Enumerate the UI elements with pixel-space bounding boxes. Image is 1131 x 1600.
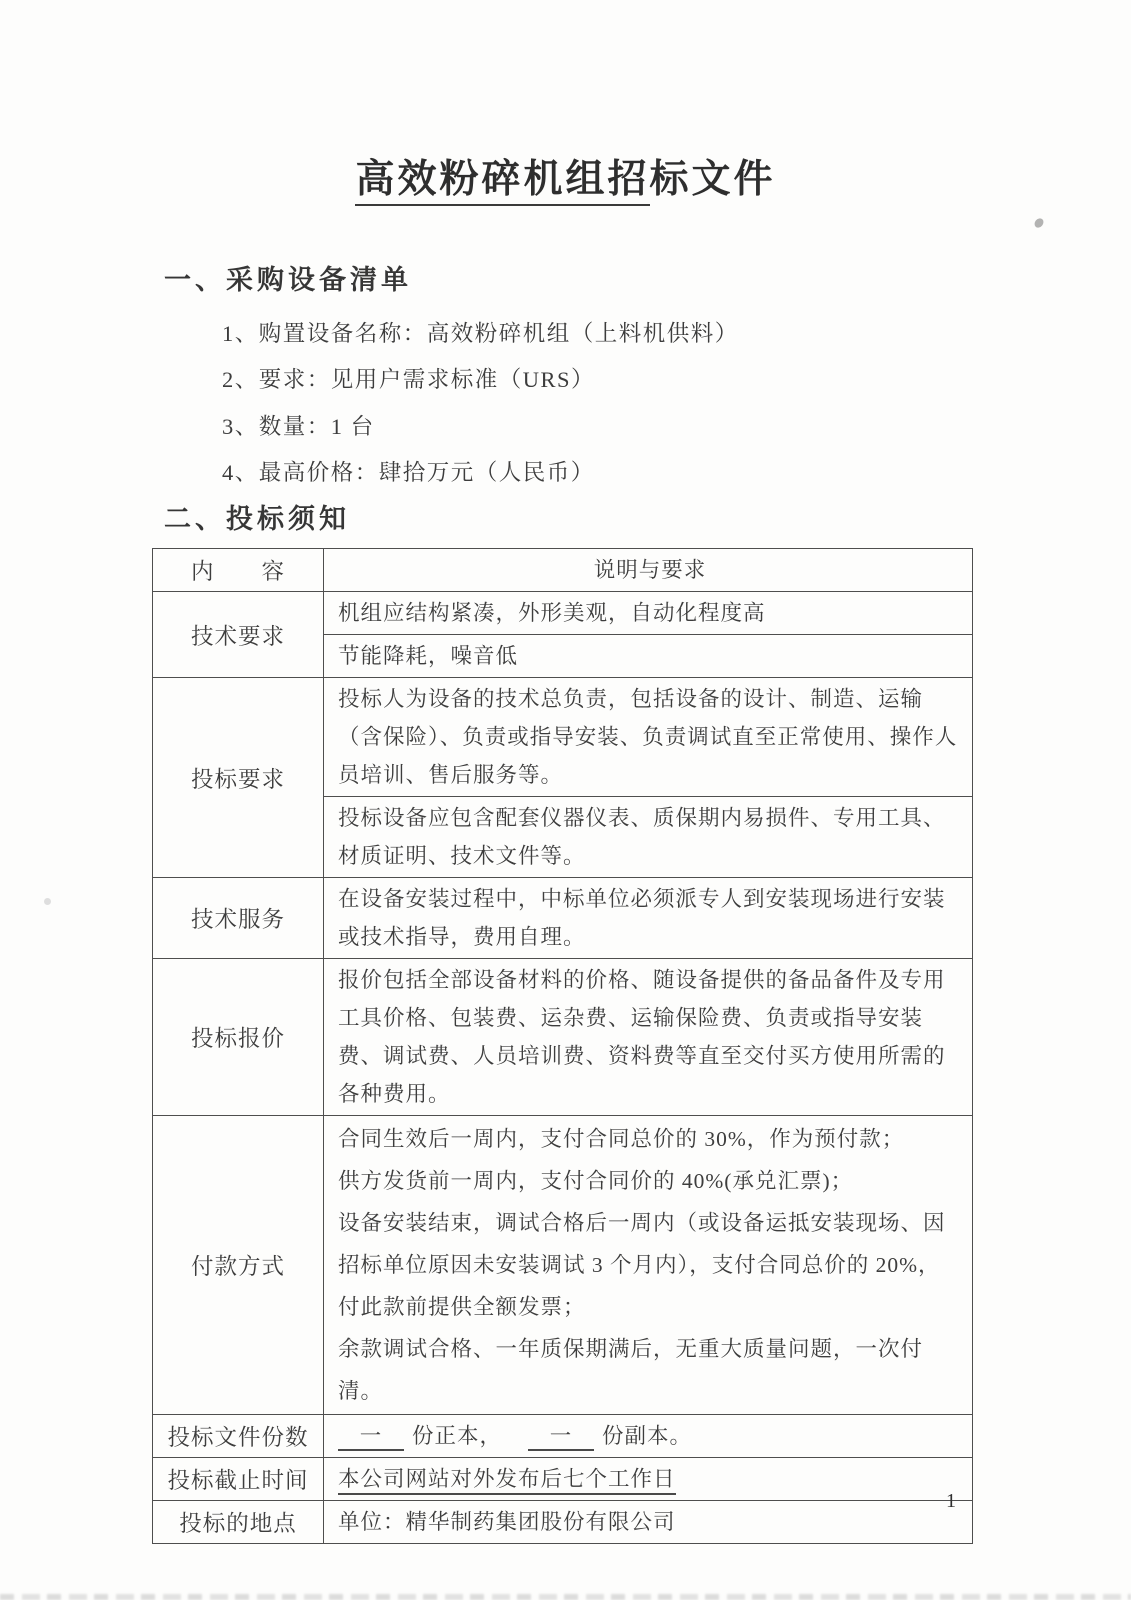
table-row-location: 投标的地点 单位：精华制药集团股份有限公司 xyxy=(153,1501,973,1544)
table-header-row: 内 容 说明与要求 xyxy=(153,549,973,592)
table-row-bid-price: 投标报价 报价包括全部设备材料的价格、随设备提供的备品备件及专用工具价格、包装费… xyxy=(153,959,973,1116)
table-row-deadline: 投标截止时间 本公司网站对外发布后七个工作日 xyxy=(153,1458,973,1501)
tech-req-label: 技术要求 xyxy=(153,592,324,678)
bid-req-para2: 投标设备应包含配套仪器仪表、质保期内易损件、专用工具、材质证明、技术文件等。 xyxy=(324,797,973,878)
copies-duplicate-text: 份副本。 xyxy=(602,1424,692,1448)
location-label: 投标的地点 xyxy=(153,1501,324,1544)
bid-req-para1: 投标人为设备的技术总负责，包括设备的设计、制造、运输（含保险）、负责或指导安装、… xyxy=(324,678,973,797)
table-row-payment: 付款方式 合同生效后一周内，支付合同总价的 30%，作为预付款； 供方发货前一周… xyxy=(153,1116,973,1415)
bid-notice-table: 内 容 说明与要求 技术要求 机组应结构紧凑，外形美观，自动化程度高 节能降耗，… xyxy=(152,548,973,1544)
tech-req-line1: 机组应结构紧凑，外形美观，自动化程度高 xyxy=(324,592,973,635)
deadline-cell: 本公司网站对外发布后七个工作日 xyxy=(324,1458,973,1501)
deadline-label: 投标截止时间 xyxy=(153,1458,324,1501)
title-underlined-text: 高效粉碎机组招 xyxy=(355,158,649,206)
payment-line2: 供方发货前一周内，支付合同价的 40%(承兑汇票)； xyxy=(338,1160,962,1202)
table-row-tech-req-1: 技术要求 机组应结构紧凑，外形美观，自动化程度高 xyxy=(153,592,973,635)
copies-blank-duplicate: 一 xyxy=(528,1423,594,1451)
title-rest-text: 标文件 xyxy=(650,158,776,201)
payment-cell: 合同生效后一周内，支付合同总价的 30%，作为预付款； 供方发货前一周内，支付合… xyxy=(324,1116,973,1415)
table-row-copies: 投标文件份数 一份正本，一份副本。 xyxy=(153,1415,973,1458)
payment-line1: 合同生效后一周内，支付合同总价的 30%，作为预付款； xyxy=(338,1118,962,1160)
scan-speck xyxy=(1033,217,1046,230)
list-item-device-name: 1、购置设备名称：高效粉碎机组（上料机供料） xyxy=(222,316,739,348)
scan-speck-left xyxy=(44,898,51,905)
header-content-cell: 内 容 xyxy=(153,549,324,592)
section1-heading: 一、采购设备清单 xyxy=(164,258,412,297)
tech-service-label: 技术服务 xyxy=(153,878,324,959)
list-item-quantity: 3、数量：1 台 xyxy=(222,409,375,441)
bid-req-label: 投标要求 xyxy=(153,678,324,878)
copies-blank-original: 一 xyxy=(338,1423,404,1451)
header-desc-cell: 说明与要求 xyxy=(324,549,973,592)
copies-cell: 一份正本，一份副本。 xyxy=(324,1415,973,1458)
page-bottom-scan-artifact xyxy=(0,1594,1131,1600)
payment-line4: 余款调试合格、一年质保期满后，无重大质量问题，一次付清。 xyxy=(338,1328,962,1412)
bid-price-label: 投标报价 xyxy=(153,959,324,1116)
payment-label: 付款方式 xyxy=(153,1116,324,1415)
table-row-bid-req-1: 投标要求 投标人为设备的技术总负责，包括设备的设计、制造、运输（含保险）、负责或… xyxy=(153,678,973,797)
tech-req-line2: 节能降耗，噪音低 xyxy=(324,635,973,678)
list-item-requirement: 2、要求：见用户需求标准（URS） xyxy=(222,362,595,394)
copies-original-text: 份正本， xyxy=(412,1424,502,1448)
list-item-max-price: 4、最高价格：肆拾万元（人民币） xyxy=(222,455,595,487)
deadline-text: 本公司网站对外发布后七个工作日 xyxy=(338,1467,676,1495)
location-text: 单位：精华制药集团股份有限公司 xyxy=(324,1501,973,1544)
table-row-tech-service: 技术服务 在设备安装过程中，中标单位必须派专人到安装现场进行安装或技术指导，费用… xyxy=(153,878,973,959)
document-title: 高效粉碎机组招标文件 xyxy=(0,148,1131,204)
page-number: 1 xyxy=(946,1490,956,1513)
copies-label: 投标文件份数 xyxy=(153,1415,324,1458)
section2-heading: 二、投标须知 xyxy=(164,497,350,536)
bid-price-text: 报价包括全部设备材料的价格、随设备提供的备品备件及专用工具价格、包装费、运杂费、… xyxy=(324,959,973,1116)
tech-service-text: 在设备安装过程中，中标单位必须派专人到安装现场进行安装或技术指导，费用自理。 xyxy=(324,878,973,959)
payment-line3: 设备安装结束，调试合格后一周内（或设备运抵安装现场、因招标单位原因未安装调试 3… xyxy=(338,1202,962,1328)
document-page: 高效粉碎机组招标文件 一、采购设备清单 1、购置设备名称：高效粉碎机组（上料机供… xyxy=(0,0,1131,1600)
